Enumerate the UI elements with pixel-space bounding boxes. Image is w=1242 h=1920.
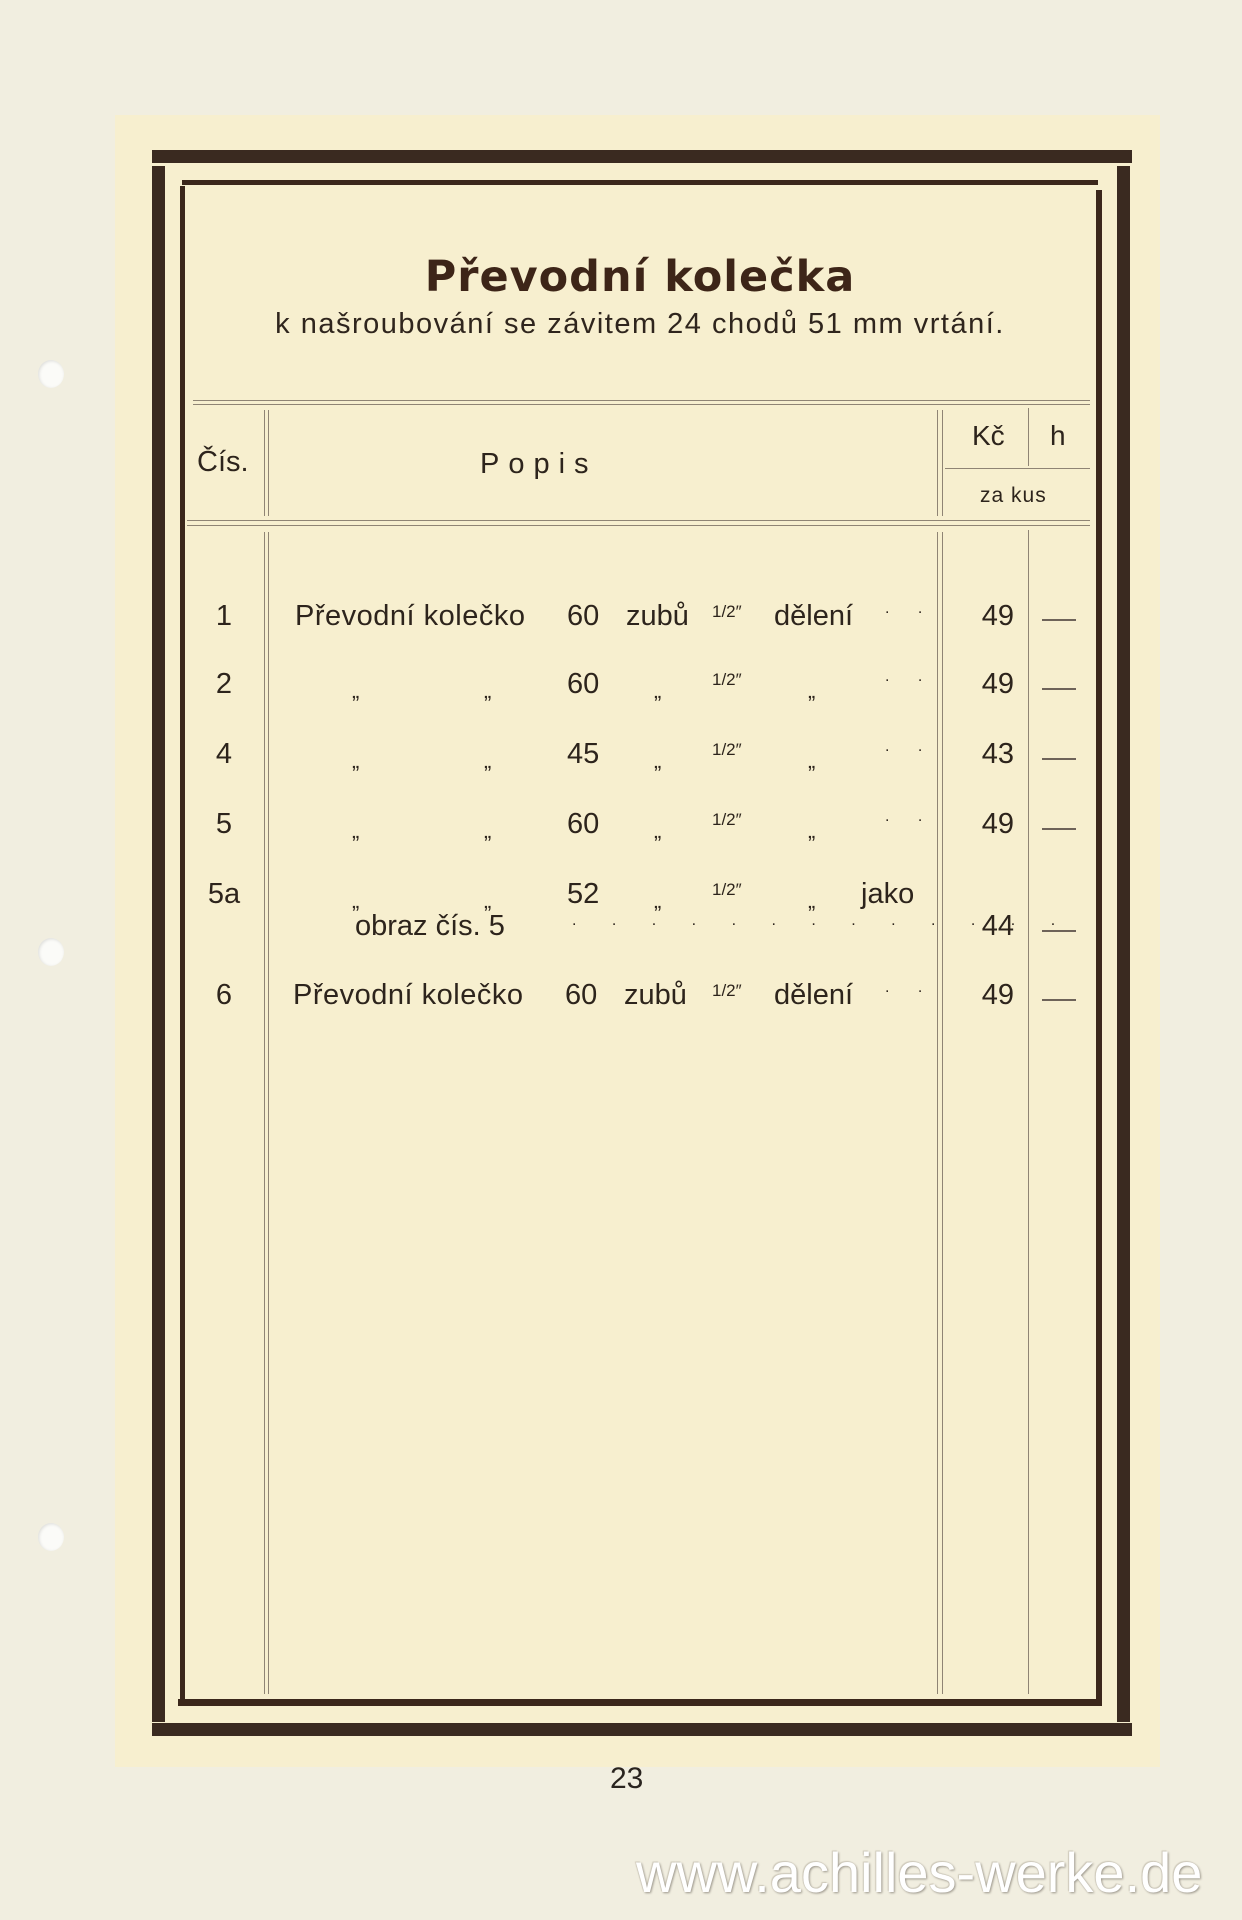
column-divider [264,410,265,516]
header-rule-top [193,404,1090,405]
row-number: 4 [194,738,254,771]
punch-hole [38,938,64,966]
row-teeth: 60 [565,979,597,1012]
column-divider [1028,408,1029,466]
column-divider [268,410,269,516]
row-item: Převodní kolečko [295,600,525,633]
row-pitch: 1/2″ [712,602,742,622]
column-divider [937,410,938,516]
row-number: 6 [194,979,254,1012]
row-line2: obraz čís. 5 [355,910,505,943]
row-leader: . . [885,668,934,686]
row-ditto: „ [484,818,491,844]
row-teeth: 60 [567,808,599,841]
row-item: Převodní kolečko [293,979,523,1012]
row-number: 1 [194,600,254,633]
row-ditto: „ [484,748,491,774]
header-per-unit: za kus [980,484,1047,508]
header-rule-bottom [187,525,1090,526]
row-price-h-dash [1042,758,1076,760]
row-ditto: „ [808,888,815,914]
row-teeth-unit: zubů [626,600,689,633]
row-price-h-dash [1042,930,1076,932]
punch-hole [38,1523,64,1551]
greek-key-border-top [152,148,1132,164]
row-price-kc: 49 [950,600,1014,633]
row-ditto: „ [654,818,661,844]
greek-key-border-left [152,166,168,1722]
row-teeth-unit: zubů [624,979,687,1012]
row-ditto: „ [352,818,359,844]
row-price-h-dash [1042,828,1076,830]
row-ditto: „ [484,678,491,704]
frame-line-top [182,180,1098,185]
row-ditto: „ [352,678,359,704]
watermark: www.achilles-werke.de [636,1840,1202,1905]
punch-hole [38,360,64,388]
column-divider [937,532,938,1694]
greek-key-border-right [1117,166,1133,1722]
row-price-kc: 44 [950,910,1014,943]
row-ditto: „ [654,678,661,704]
row-pitch: 1/2″ [712,810,742,830]
row-number: 2 [194,668,254,701]
row-ditto: „ [654,888,661,914]
column-divider [942,410,943,516]
price-header-rule [945,468,1090,469]
row-teeth: 45 [567,738,599,771]
page-subtitle: k našroubování se závitem 24 chodů 51 mm… [182,308,1098,341]
row-price-kc: 49 [950,668,1014,701]
page-title: Převodní kolečka [182,252,1098,302]
frame-line-left [180,186,185,1706]
page-number: 23 [610,1762,643,1796]
row-price-kc: 43 [950,738,1014,771]
header-rule-bottom [187,520,1090,521]
row-leader: . . [885,979,934,997]
row-teeth: 60 [567,600,599,633]
row-leader: . . [885,808,934,826]
header-price-h: h [1050,420,1066,452]
row-price-h-dash [1042,688,1076,690]
column-divider [264,532,265,1694]
row-pitch-label: dělení [774,979,853,1012]
header-description: Popis [480,448,740,481]
header-number: Čís. [197,446,249,479]
column-divider [1028,530,1029,1694]
row-leader: . . [885,738,934,756]
row-extra: jako [861,878,914,911]
row-pitch: 1/2″ [712,740,742,760]
header-rule-top [193,400,1090,401]
column-divider [268,532,269,1694]
row-pitch: 1/2″ [712,670,742,690]
row-pitch-label: dělení [774,600,853,633]
row-ditto: „ [808,818,815,844]
row-price-h-dash [1042,619,1076,621]
row-number: 5 [194,808,254,841]
row-teeth: 52 [567,878,599,911]
row-teeth: 60 [567,668,599,701]
column-divider [942,532,943,1694]
row-price-h-dash [1042,999,1076,1001]
row-leader: . . [885,600,934,618]
header-price-kc: Kč [972,420,1005,452]
frame-line-bottom [178,1699,1102,1706]
row-price-kc: 49 [950,808,1014,841]
frame-line-right [1096,190,1102,1706]
row-price-kc: 49 [950,979,1014,1012]
row-pitch: 1/2″ [712,981,742,1001]
row-ditto: „ [654,748,661,774]
row-ditto: „ [352,748,359,774]
row-ditto: „ [808,748,815,774]
greek-key-border-bottom [152,1721,1132,1737]
row-pitch: 1/2″ [712,880,742,900]
row-ditto: „ [808,678,815,704]
row-number: 5a [194,878,254,911]
